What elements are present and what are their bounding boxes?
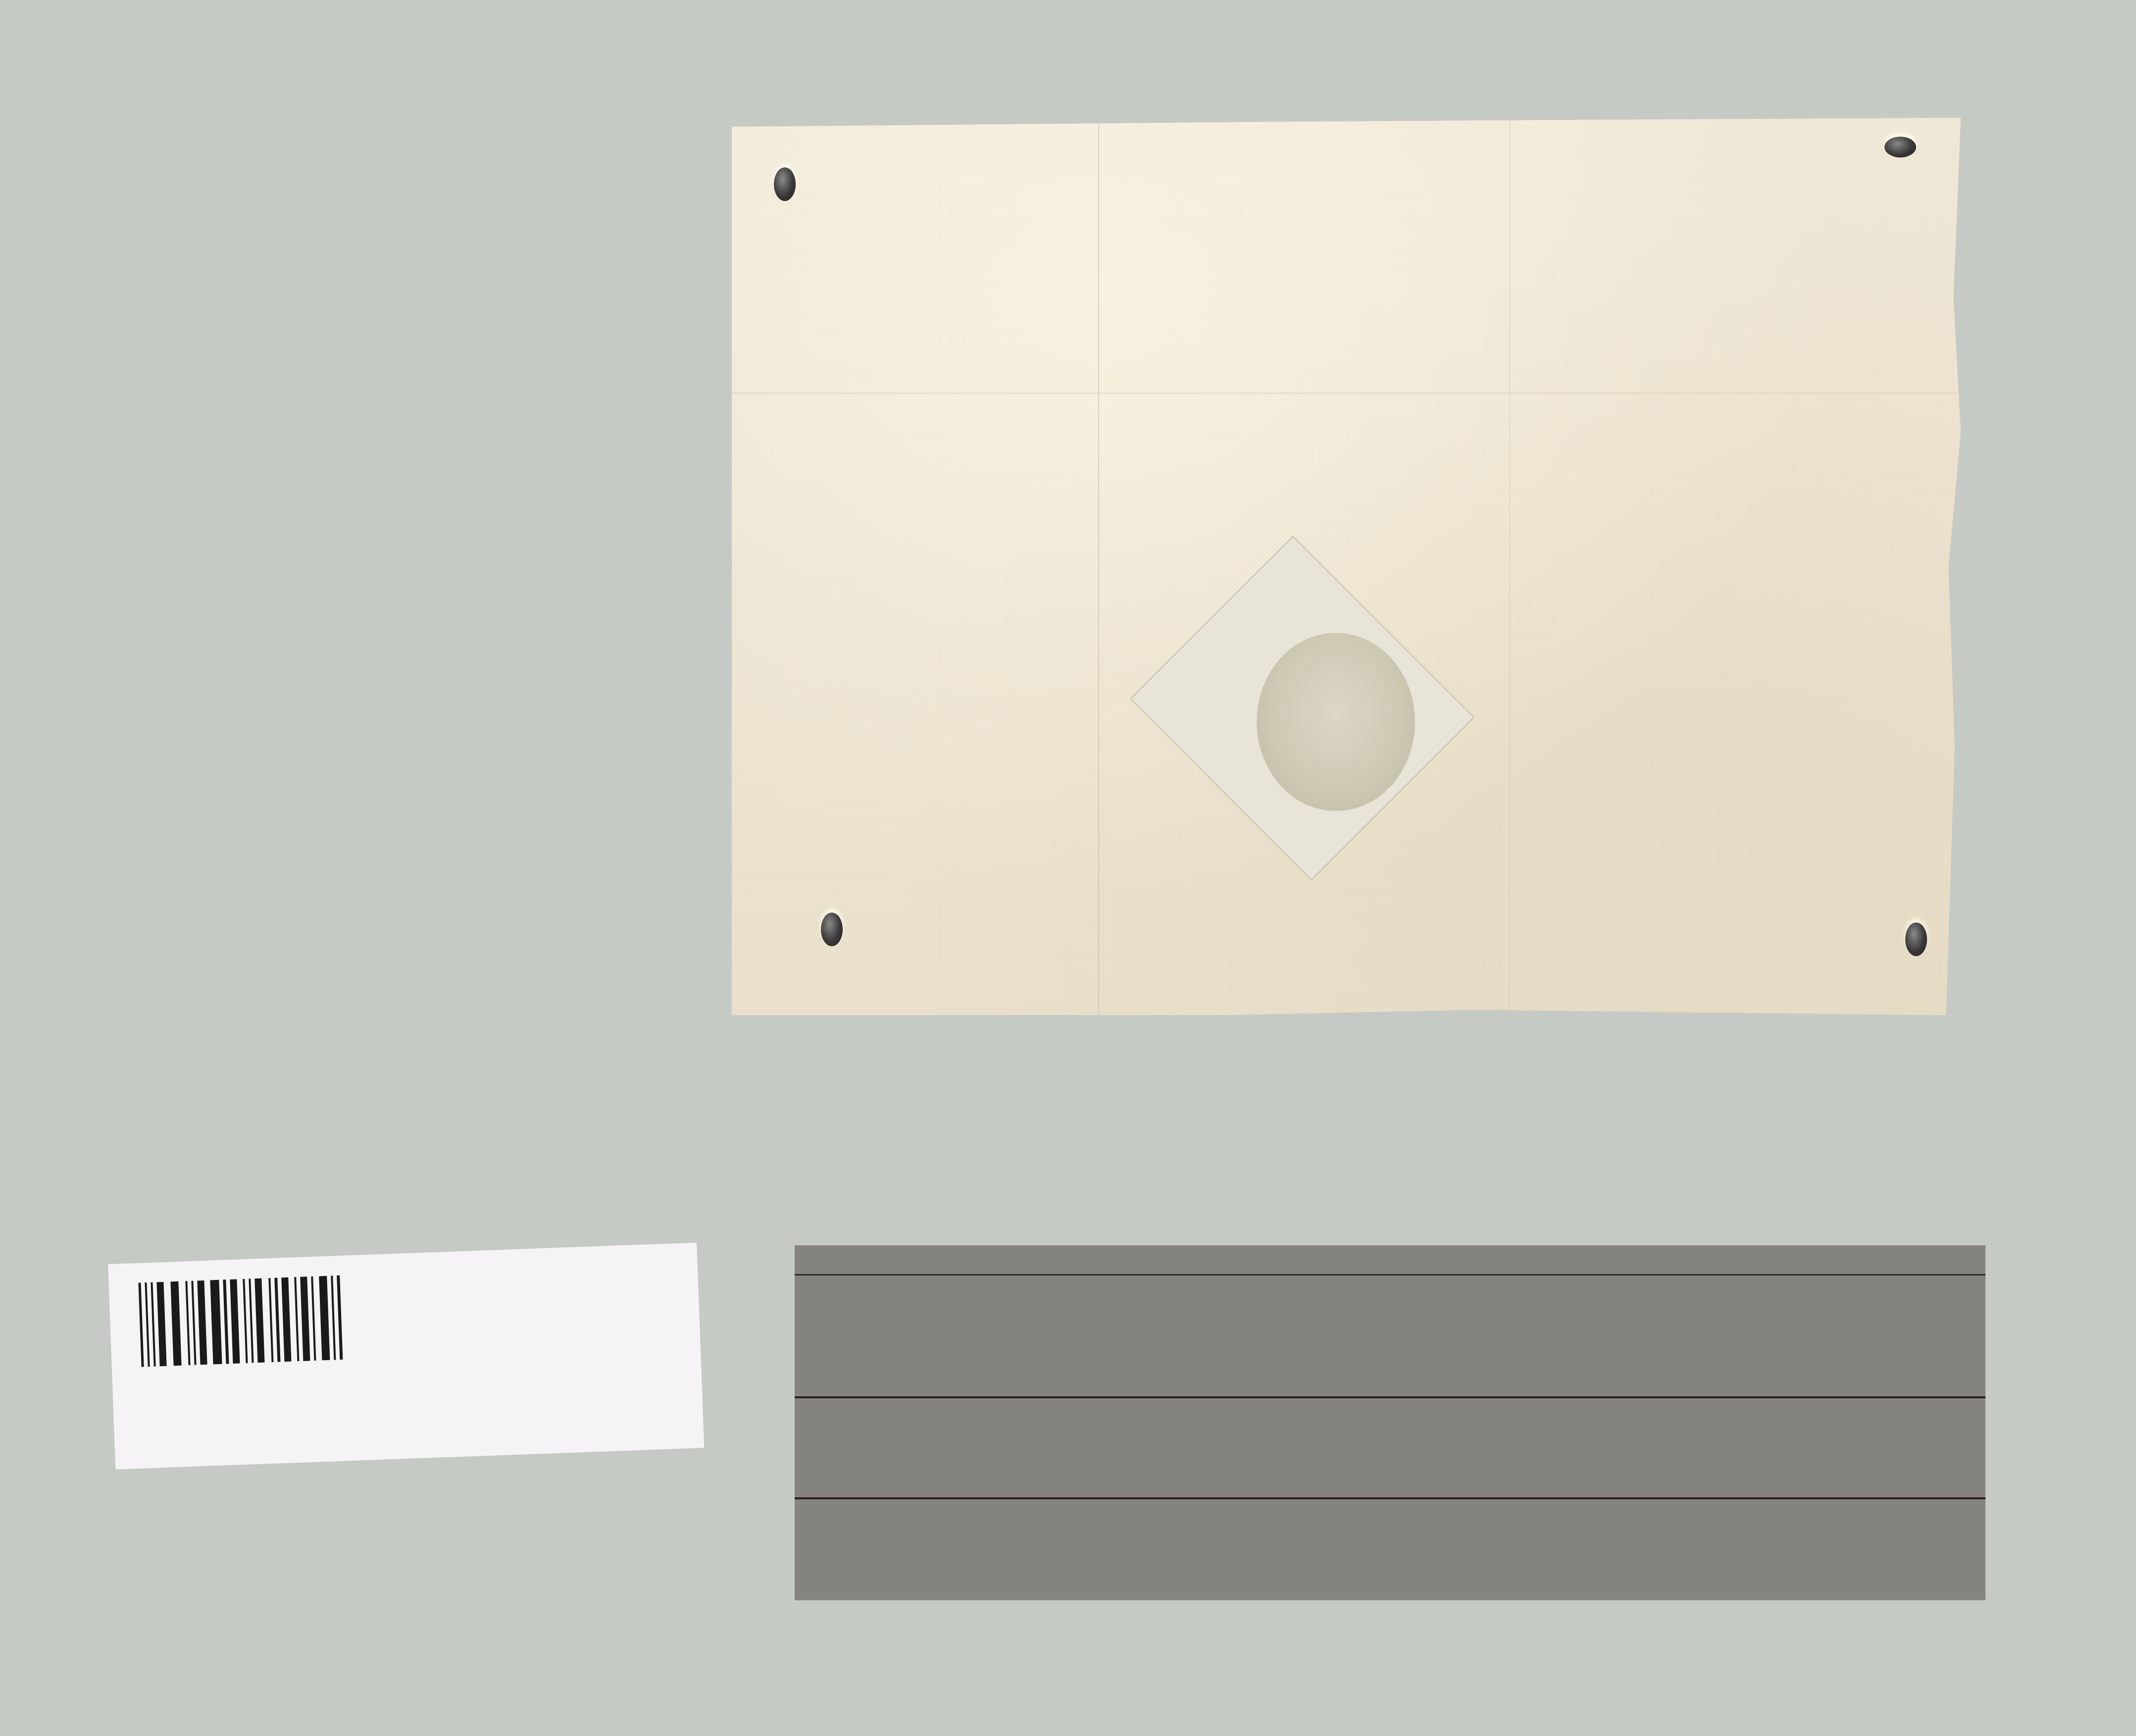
patch-label — [1588, 1357, 1721, 1396]
barcode — [138, 1276, 347, 1367]
dark-patch-row — [795, 1497, 1985, 1602]
patch-label — [1059, 1357, 1191, 1396]
patch-label — [1721, 1357, 1853, 1396]
patch-label — [1324, 1357, 1456, 1396]
inch-ruler — [795, 1245, 1985, 1276]
wax-seal — [1257, 633, 1415, 811]
archive-label — [108, 1242, 704, 1469]
mounting-pin — [821, 913, 843, 946]
light-patch-row — [795, 1396, 1985, 1497]
patch-label — [927, 1357, 1059, 1396]
patch-label — [1853, 1357, 1985, 1396]
color-control-chart — [795, 1245, 1985, 1600]
manuscript-document — [732, 118, 1961, 1015]
mounting-pin — [1884, 137, 1916, 157]
patch-label — [1192, 1357, 1324, 1396]
mounting-pin — [774, 167, 796, 201]
fold-line-horizontal — [732, 393, 1961, 394]
patch-labels — [795, 1357, 1985, 1396]
patch-label — [795, 1357, 927, 1396]
patch-label — [1456, 1357, 1588, 1396]
fold-line-vertical — [1098, 118, 1099, 1015]
fold-line-vertical — [1509, 118, 1510, 1015]
mounting-pin — [1905, 922, 1927, 956]
centimetre-ruler — [795, 1276, 1985, 1308]
